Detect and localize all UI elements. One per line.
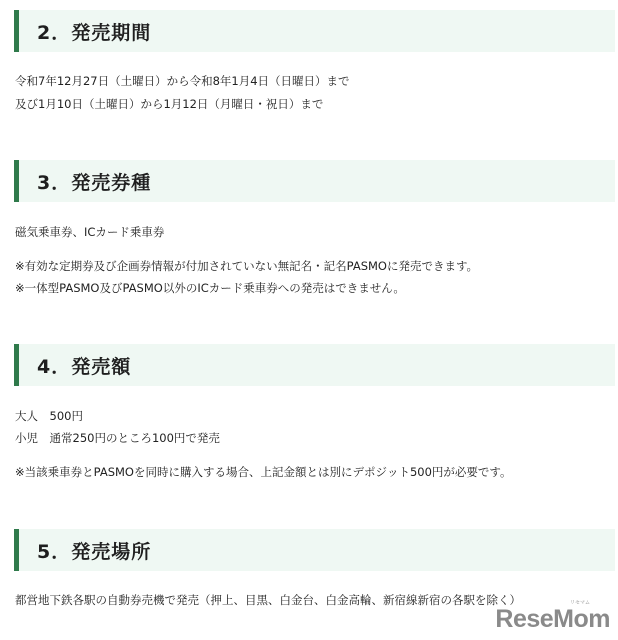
section-header: 2．発売期間 — [14, 10, 615, 52]
period-line-1: 令和7年12月27日（土曜日）から令和8年1月4日（日曜日）まで — [15, 73, 350, 89]
note-line: ※有効な定期券及び企画券情報が付加されていない無記名・記名PASMOに発売できま… — [15, 258, 478, 274]
note-line: ※当該乗車券とPASMOを同時に購入する場合、上記金額とは別にデポジット500円… — [15, 464, 512, 480]
section-header: 4．発売額 — [14, 344, 615, 386]
section-header: 3．発売券種 — [14, 160, 615, 202]
section-header: 5．発売場所 — [14, 529, 615, 571]
price-adult: 大人 500円 — [15, 408, 83, 424]
section-title: 3．発売券種 — [37, 168, 151, 195]
section-title: 5．発売場所 — [37, 537, 151, 564]
resemom-logo: ReseMom — [495, 605, 610, 634]
section-title: 2．発売期間 — [37, 18, 151, 45]
location-line: 都営地下鉄各駅の自動券売機で発売（押上、目黒、白金台、白金高輪、新宿線新宿の各駅… — [15, 592, 521, 608]
price-child: 小児 通常250円のところ100円で発売 — [15, 430, 220, 446]
ticket-types-line: 磁気乗車券、ICカード乗車券 — [15, 224, 164, 240]
note-line: ※一体型PASMO及びPASMO以外のICカード乗車券への発売はできません。 — [15, 280, 405, 296]
period-line-2: 及び1月10日（土曜日）から1月12日（月曜日・祝日）まで — [15, 96, 323, 112]
section-title: 4．発売額 — [37, 352, 131, 379]
